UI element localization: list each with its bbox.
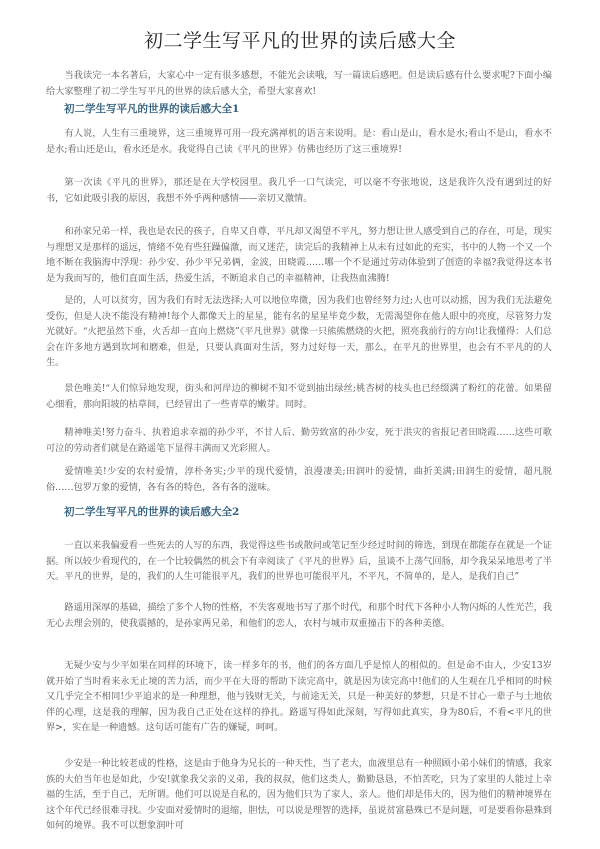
paragraph: 有人说，人生有三重境界，这三重境界可用一段充满禅机的语言来说明。是：看山是山，看… [46, 126, 552, 157]
section-1-p7: 爱情唯美!少安的农村爱情，淳朴务实;少平的现代爱情，浪漫凄美;田润叶的爱情，曲折… [46, 464, 552, 495]
section-2-p2: 路遥用深厚的基础，描绘了多个人物的性格，不失客观地书写了那个时代，和那个时代下各… [46, 600, 552, 631]
section-1-p6: 精神唯美!努力奋斗、执着追求幸福的孙少平，不甘人后、勤劳致富的孙少安，死于洪灾的… [46, 425, 552, 456]
paragraph: 少安是一种比较老成的性格，这是由于他身为兄长的一种天性，当了老大，血液里总有一种… [46, 756, 552, 834]
paragraph: 爱情唯美!少安的农村爱情，淳朴务实;少平的现代爱情，浪漫凄美;田润叶的爱情，曲折… [46, 464, 552, 495]
paragraph: 景色唯美!“人们惊异地发现，街头和河岸边的柳树不知不觉到抽出绿丝;桃杏树的枝头也… [46, 381, 552, 412]
paragraph: 和孙家兄弟一样，我也是农民的孩子，自卑又自尊，平凡却又渴望不平凡，努力想让世人感… [46, 224, 552, 286]
paragraph: 第一次读《平凡的世界》，那还是在大学校园里。我几乎一口气读完，可以毫不夸张地说，… [46, 175, 552, 206]
paragraph: 路遥用深厚的基础，描绘了多个人物的性格，不失客观地书写了那个时代，和那个时代下各… [46, 600, 552, 631]
paragraph: 精神唯美!努力奋斗、执着追求幸福的孙少平，不甘人后、勤劳致富的孙少安，死于洪灾的… [46, 425, 552, 456]
section-heading-2: 初二学生写平凡的世界的读后感大全2 [64, 504, 239, 519]
intro-text: 当我读完一本名著后，大家心中一定有很多感想，不能光会读哦，写一篇读后感吧。但是读… [46, 68, 552, 99]
paragraph: 是的，人可以贫穷，因为我们有时无法选择;人可以地位卑微，因为我们也曾经努力过;人… [46, 293, 552, 371]
page-title: 初二学生写平凡的世界的读后感大全 [0, 26, 600, 53]
section-1-p3: 和孙家兄弟一样，我也是农民的孩子，自卑又自尊，平凡却又渴望不平凡，努力想让世人感… [46, 224, 552, 286]
section-1-p4: 是的，人可以贫穷，因为我们有时无法选择;人可以地位卑微，因为我们也曾经努力过;人… [46, 293, 552, 371]
intro-paragraph: 当我读完一本名著后，大家心中一定有很多感想，不能光会读哦，写一篇读后感吧。但是读… [46, 68, 552, 99]
paragraph: 无疑少安与少平如果在同样的环境下，读一样多年的书，他们的各方面几乎是惊人的相似的… [46, 658, 552, 736]
section-1-p2: 第一次读《平凡的世界》，那还是在大学校园里。我几乎一口气读完，可以毫不夸张地说，… [46, 175, 552, 206]
section-2-p4: 少安是一种比较老成的性格，这是由于他身为兄长的一种天性，当了老大，血液里总有一种… [46, 756, 552, 834]
section-1-p5: 景色唯美!“人们惊异地发现，街头和河岸边的柳树不知不觉到抽出绿丝;桃杏树的枝头也… [46, 381, 552, 412]
paragraph: 一直以来我偏爱看一些死去的人写的东西，我觉得这些书或散问或笔记至少经过时间的筛选… [46, 538, 552, 585]
section-2-p3: 无疑少安与少平如果在同样的环境下，读一样多年的书，他们的各方面几乎是惊人的相似的… [46, 658, 552, 736]
section-2-p1: 一直以来我偏爱看一些死去的人写的东西，我觉得这些书或散问或笔记至少经过时间的筛选… [46, 538, 552, 585]
section-1-p1: 有人说，人生有三重境界，这三重境界可用一段充满禅机的语言来说明。是：看山是山，看… [46, 126, 552, 157]
section-heading-1: 初二学生写平凡的世界的读后感大全1 [64, 101, 239, 116]
document-page: 初二学生写平凡的世界的读后感大全 当我读完一本名著后，大家心中一定有很多感想，不… [0, 0, 600, 849]
